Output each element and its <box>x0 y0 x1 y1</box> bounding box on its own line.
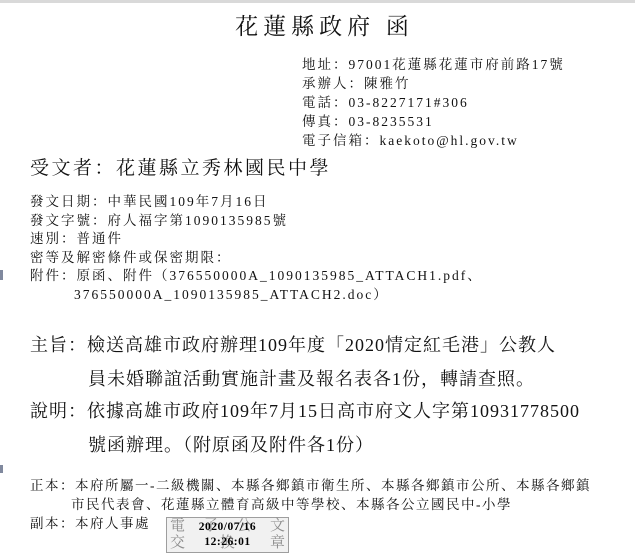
explanation-line-2: 號函辦理。（附原函及附件各1份） <box>30 428 580 462</box>
distribution-block: 正本：本府所屬一-二級機關、本縣各鄉鎮市衛生所、本縣各鄉鎮市公所、本縣各鄉鎮 市… <box>30 476 591 534</box>
electronic-exchange-stamp: 電 子 公 文 交 換 章 2020/07/16 12:26:01 <box>166 517 289 553</box>
top-edge-scan-strip <box>0 0 635 3</box>
left-edge-binding-mark-top <box>0 270 3 280</box>
agency-contact-person: 承辦人：陳雅竹 <box>302 74 565 93</box>
stamp-datetime: 2020/07/16 12:26:01 <box>167 520 288 550</box>
issue-date-line: 發文日期：中華民國109年7月16日 <box>30 193 483 212</box>
document-meta-block: 發文日期：中華民國109年7月16日 發文字號：府人福字第1090135985號… <box>30 193 483 305</box>
agency-info-block: 地址：97001花蓮縣花蓮市府前路17號 承辦人：陳雅竹 電話：03-82271… <box>302 55 565 150</box>
attachment-line-2: 376550000A_1090135985_ATTACH2.doc） <box>30 286 483 305</box>
original-recipients-line-2: 市民代表會、花蓮縣立體育高級中等學校、本縣各公立國民中-小學 <box>30 495 591 514</box>
agency-fax: 傳真：03-8235531 <box>302 112 565 131</box>
agency-email: 電子信箱：kaekoto@hl.gov.tw <box>302 131 565 150</box>
agency-address: 地址：97001花蓮縣花蓮市府前路17號 <box>302 55 565 74</box>
explanation-line-1: 說明：依據高雄市政府109年7月15日高市府文人字第10931778500 <box>30 394 580 428</box>
recipient-line: 受文者：花蓮縣立秀林國民中學 <box>30 153 331 180</box>
subject-paragraph: 主旨：檢送高雄市政府辦理109年度「2020情定紅毛港」公教人 員未婚聯誼活動實… <box>30 328 556 396</box>
security-class-line: 密等及解密條件或保密期限： <box>30 249 483 268</box>
explanation-paragraph: 說明：依據高雄市政府109年7月15日高市府文人字第10931778500 號函… <box>30 394 580 462</box>
speed-class-line: 速別：普通件 <box>30 230 483 249</box>
stamp-date: 2020/07/16 <box>167 520 288 535</box>
copy-recipients-line: 副本：本府人事處 <box>30 514 591 533</box>
stamp-time: 12:26:01 <box>167 535 288 550</box>
subject-line-1: 主旨：檢送高雄市政府辦理109年度「2020情定紅毛港」公教人 <box>30 328 556 362</box>
letter-title: 花蓮縣政府 函 <box>0 8 635 41</box>
doc-number-line: 發文字號：府人福字第1090135985號 <box>30 212 483 231</box>
agency-phone: 電話：03-8227171#306 <box>302 93 565 112</box>
original-recipients-line-1: 正本：本府所屬一-二級機關、本縣各鄉鎮市衛生所、本縣各鄉鎮市公所、本縣各鄉鎮 <box>30 476 591 495</box>
attachment-line-1: 附件：原函、附件（376550000A_1090135985_ATTACH1.p… <box>30 267 483 286</box>
left-edge-binding-mark-bottom <box>0 465 3 473</box>
subject-line-2: 員未婚聯誼活動實施計畫及報名表各1份，轉請查照。 <box>30 362 556 396</box>
